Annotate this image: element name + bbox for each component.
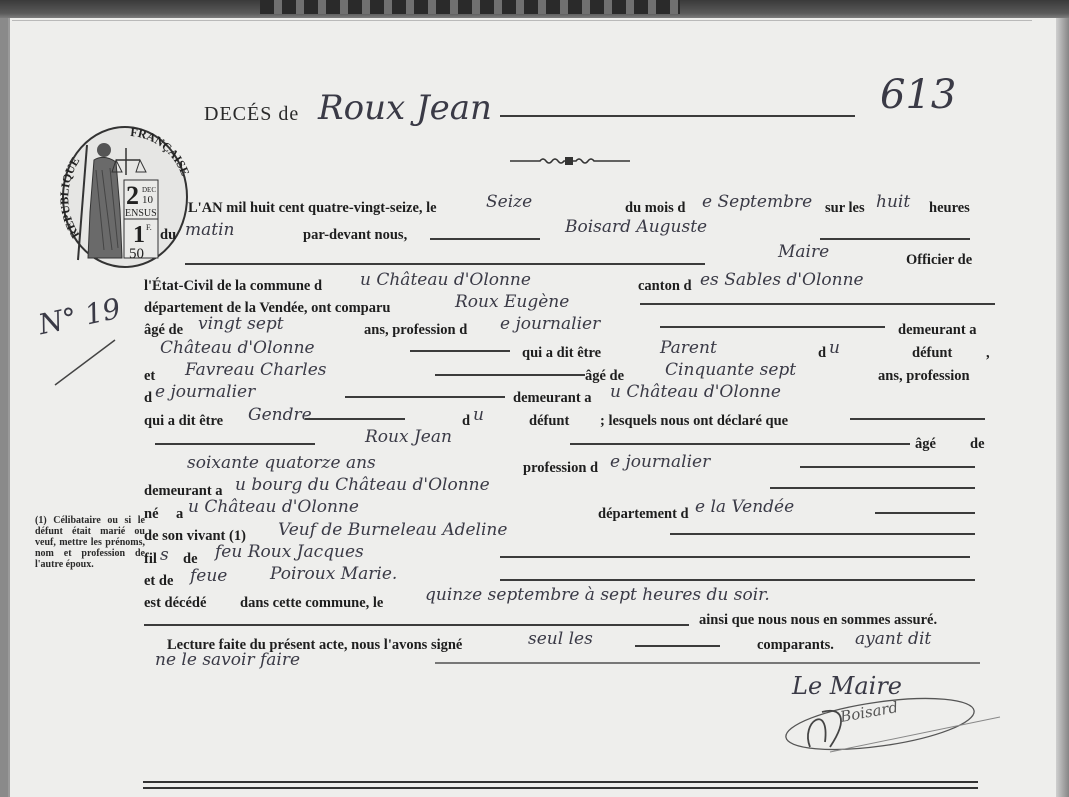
line3-label: Officier de — [906, 252, 972, 269]
line1-month-label: du mois d — [625, 200, 685, 217]
line12-profession-label: profession d — [523, 460, 598, 477]
line9-d: d — [144, 390, 152, 407]
line11-age: âgé — [915, 436, 936, 453]
deceased-name-written: Roux Jean — [365, 427, 452, 447]
time-of-day-written: matin — [185, 220, 234, 240]
line11-de: de — [970, 436, 985, 453]
line2-label: par-devant nous, — [303, 227, 407, 244]
witness1-profession-written: e journalier — [500, 314, 600, 334]
line7-rule — [410, 350, 510, 352]
line1-text: L'AN mil huit cent quatre-vingt-seize, l… — [188, 200, 437, 217]
line14-ne: né — [144, 506, 159, 523]
line10-label: qui a dit être — [144, 413, 223, 430]
officer-title-written: Maire — [778, 242, 829, 262]
line16-fil-suffix: s — [160, 545, 169, 565]
line5-rule — [640, 303, 995, 305]
day-written: Seize — [486, 192, 532, 212]
line2-rule — [430, 238, 540, 240]
line7-label: qui a dit être — [522, 345, 601, 362]
deceased-residence-written: u bourg du Château d'Olonne — [235, 475, 490, 495]
witness1-residence-written: Château d'Olonne — [160, 338, 315, 358]
svg-text:50: 50 — [129, 246, 144, 262]
line17-label: et de — [144, 573, 173, 590]
line18-label: dans cette commune, le — [240, 595, 383, 612]
witness1-name-written: Roux Eugène — [455, 292, 569, 312]
father-name-written: feu Roux Jacques — [215, 542, 364, 562]
line6-residence-label: demeurant a — [898, 322, 977, 339]
signatories-written: seul les — [528, 629, 593, 649]
line7-comma: , — [986, 345, 990, 362]
line18-deceased: est décédé — [144, 595, 206, 612]
line6-profession-label: ans, profession d — [364, 322, 467, 339]
top-rule — [12, 20, 1032, 21]
witness2-relation-written: Gendre — [248, 405, 312, 425]
line1-heures: heures — [929, 200, 970, 217]
hour-written: huit — [876, 192, 910, 212]
line2-du: du — [160, 227, 176, 244]
line14-department-label: département d — [598, 506, 689, 523]
ornament-divider-icon — [510, 155, 630, 167]
margin-stroke — [50, 335, 120, 395]
death-date-time-written: quinze septembre à sept heures du soir. — [425, 585, 770, 605]
bottom-double-rule-top — [143, 781, 978, 783]
line15-rule — [670, 533, 975, 535]
svg-text:DEC: DEC — [142, 186, 156, 194]
line9-rule — [345, 396, 505, 398]
title-rule — [500, 115, 855, 117]
line3-rule — [185, 263, 705, 265]
line20-comparants: comparants. — [757, 637, 834, 654]
witness1-age-written: vingt sept — [198, 314, 284, 334]
deceased-name-title: Roux Jean — [318, 88, 492, 128]
line19-label: ainsi que nous nous en sommes assuré. — [699, 612, 937, 629]
line16-rule — [500, 556, 970, 558]
line19-rule — [144, 624, 689, 626]
mother-name-written: Poiroux Marie. — [270, 564, 397, 584]
line10-defunt: défunt — [529, 413, 569, 430]
fiscal-stamp-seal-icon: REPUBLIQUE FRANÇAISE 2 DEC 10 ENSUS 1 F.… — [60, 120, 190, 270]
line20-rule — [635, 645, 720, 647]
line10-declared: ; lesquels nous ont déclaré que — [600, 413, 788, 430]
line20-continuation: ayant dit — [855, 629, 931, 649]
mother-prefix-written: feue — [190, 566, 227, 586]
svg-text:ENSUS: ENSUS — [125, 208, 157, 219]
witness2-residence-written: u Château d'Olonne — [610, 382, 781, 402]
line12-rule — [800, 466, 975, 468]
line14-rule — [875, 512, 975, 514]
line8-et: et — [144, 368, 155, 385]
deceased-age-written: soixante quatorze ans — [187, 453, 376, 473]
witness1-relation-written: Parent — [660, 338, 717, 358]
commune-written: u Château d'Olonne — [360, 270, 531, 290]
footnote-marital-status: (1) Célibataire ou si le défunt était ma… — [35, 515, 145, 570]
svg-text:F.: F. — [146, 223, 152, 232]
register-number: 613 — [880, 72, 956, 118]
line8-profession-label: ans, profession — [878, 368, 970, 385]
line6-age-label: âgé de — [144, 322, 183, 339]
line7-d-suffix: u — [829, 338, 840, 358]
line11-rule-b — [570, 443, 910, 445]
line6-rule — [660, 326, 885, 328]
svg-text:2: 2 — [126, 181, 139, 210]
line7-d: d — [818, 345, 826, 362]
line16-fil: fil — [144, 551, 157, 568]
line21-rule — [435, 662, 980, 664]
line17-rule — [500, 579, 975, 581]
line14-a: a — [176, 506, 183, 523]
line21-continuation: ne le savoir faire — [155, 650, 300, 670]
line9-residence-label: demeurant a — [513, 390, 592, 407]
witness2-profession-written: e journalier — [155, 382, 255, 402]
line10-d: d — [462, 413, 470, 430]
line11-rule — [155, 443, 315, 445]
witness2-name-written: Favreau Charles — [185, 360, 327, 380]
title-printed: DECÉS de — [204, 103, 299, 126]
witness2-age-written: Cinquante sept — [665, 360, 796, 380]
birth-department-written: e la Vendée — [695, 497, 794, 517]
month-written: e Septembre — [702, 192, 812, 212]
bottom-double-rule-bottom — [143, 787, 978, 789]
line10-d-suffix: u — [473, 405, 484, 425]
line10-rule-b — [850, 418, 985, 420]
deceased-profession-written: e journalier — [610, 452, 710, 472]
birthplace-written: u Château d'Olonne — [188, 497, 359, 517]
line10-rule — [305, 418, 405, 420]
line1-hour-label: sur les — [825, 200, 865, 217]
officer-name-written: Boisard Auguste — [565, 217, 707, 237]
line13-rule — [770, 487, 975, 489]
line4-canton: canton d — [638, 278, 692, 295]
line7-defunt: défunt — [912, 345, 952, 362]
line4-label: l'État-Civil de la commune d — [144, 278, 322, 295]
canton-written: es Sables d'Olonne — [700, 270, 864, 290]
line2-rule-b — [820, 238, 970, 240]
svg-text:10: 10 — [142, 194, 154, 206]
line8-rule — [435, 374, 585, 376]
svg-text:1: 1 — [133, 222, 145, 248]
marital-status-written: Veuf de Burneleau Adeline — [278, 520, 507, 540]
